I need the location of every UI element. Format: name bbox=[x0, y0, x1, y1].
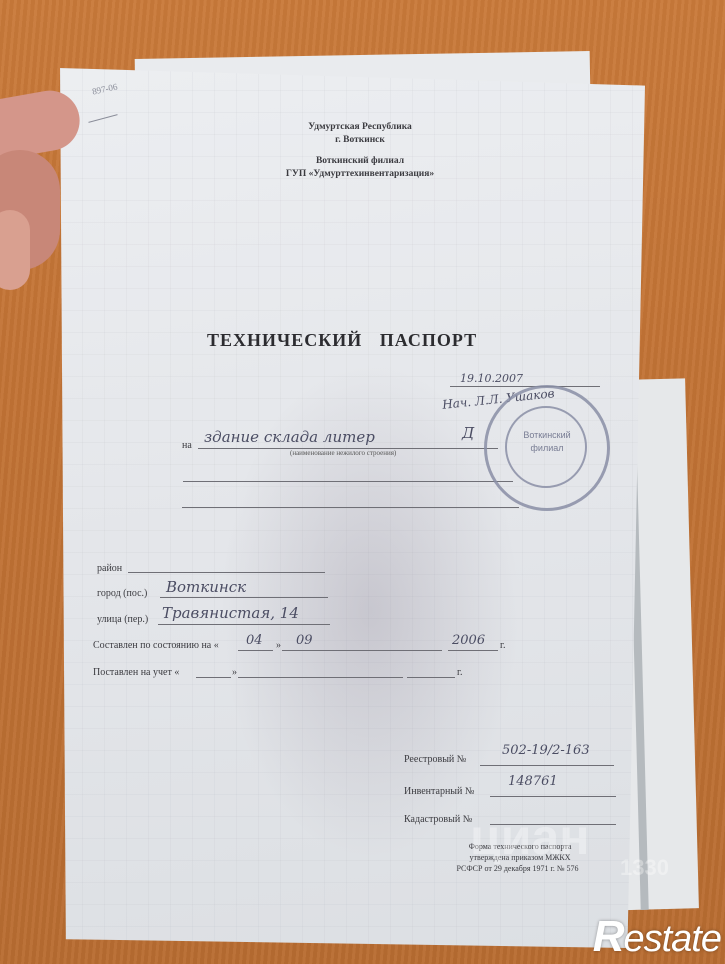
object-prefix: на bbox=[182, 440, 192, 451]
object-handwritten: здание склада литер bbox=[204, 428, 375, 446]
cian-watermark-digits: 1330 bbox=[620, 855, 669, 881]
stamp-date-line bbox=[450, 386, 600, 387]
compiled-year-line bbox=[448, 650, 498, 651]
registry-value: 502-19/2-163 bbox=[502, 743, 590, 758]
district-line bbox=[128, 572, 325, 573]
compiled-sep: » bbox=[276, 640, 281, 651]
page-title: ТЕХНИЧЕСКИЙ ПАСПОРТ bbox=[207, 330, 477, 351]
stamp-date: 19.10.2007 bbox=[460, 372, 523, 385]
street-line bbox=[158, 624, 330, 625]
street-label: улица (пер.) bbox=[97, 614, 148, 625]
registry-label: Реестровый № bbox=[404, 754, 466, 765]
registry-line bbox=[480, 765, 614, 766]
city-line bbox=[160, 597, 328, 598]
header-branch: Воткинский филиал bbox=[210, 155, 510, 168]
object-line-3 bbox=[182, 507, 519, 508]
header-city: г. Воткинск bbox=[210, 134, 510, 147]
compiled-month: 09 bbox=[296, 633, 313, 648]
compiled-year-suffix: г. bbox=[500, 640, 505, 651]
restate-logo: Restate bbox=[593, 912, 721, 962]
header-organization: ГУП «Удмурттехинвентаризация» bbox=[210, 168, 510, 181]
cadastral-label: Кадастровый № bbox=[404, 814, 472, 825]
registered-sep: » bbox=[232, 667, 237, 678]
restate-logo-initial: R bbox=[593, 912, 624, 961]
restate-logo-text: estate bbox=[623, 918, 721, 960]
compiled-day-line bbox=[238, 650, 273, 651]
registered-year-line bbox=[407, 677, 455, 678]
street-value: Травянистая, 14 bbox=[162, 604, 299, 622]
object-line-2 bbox=[183, 481, 513, 482]
compiled-year: 2006 bbox=[452, 633, 485, 648]
registered-year-suffix: г. bbox=[457, 667, 462, 678]
official-stamp: Воткинский филиал bbox=[484, 385, 610, 511]
object-caption: (наименование нежилого строения) bbox=[290, 449, 396, 457]
inventory-value: 148761 bbox=[508, 774, 558, 789]
inventory-line bbox=[490, 796, 616, 797]
city-value: Воткинск bbox=[166, 578, 246, 596]
registered-month-line bbox=[238, 677, 403, 678]
header-region: Удмуртская Республика bbox=[210, 121, 510, 134]
registered-day-line bbox=[196, 677, 231, 678]
stamp-text-2: филиал bbox=[487, 443, 607, 453]
compiled-month-line bbox=[282, 650, 442, 651]
hand-finger bbox=[0, 210, 30, 290]
registered-label: Поставлен на учет « bbox=[93, 667, 179, 678]
inventory-label: Инвентарный № bbox=[404, 786, 474, 797]
compiled-day: 04 bbox=[246, 633, 263, 648]
cian-watermark: циан bbox=[470, 808, 589, 866]
object-handwritten-suffix: Д bbox=[462, 424, 474, 442]
compiled-label: Составлен по состоянию на « bbox=[93, 640, 219, 651]
stamp-text-1: Воткинский bbox=[487, 430, 607, 440]
city-label: город (пос.) bbox=[97, 588, 147, 599]
district-label: район bbox=[97, 563, 122, 574]
